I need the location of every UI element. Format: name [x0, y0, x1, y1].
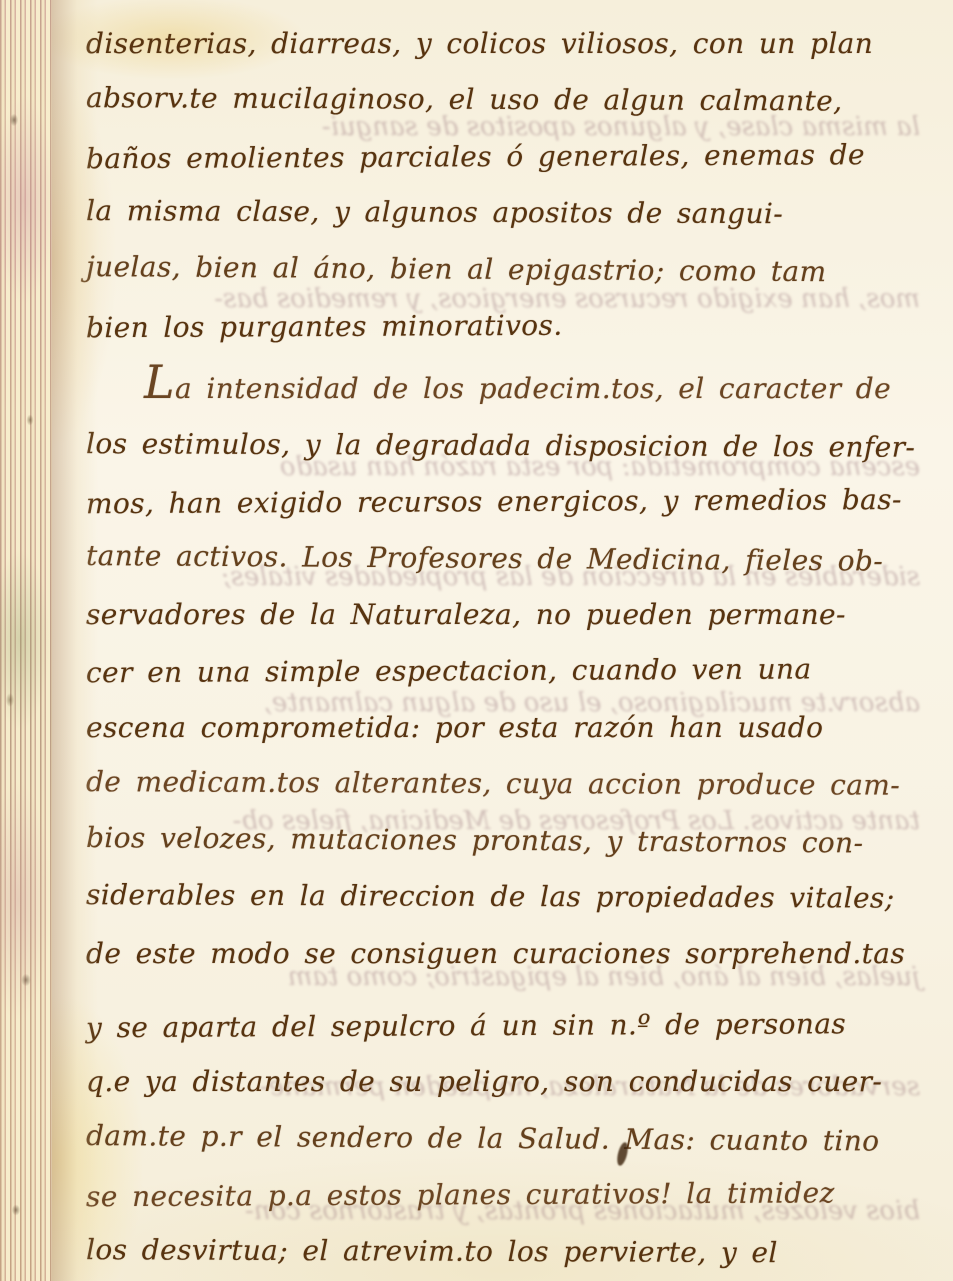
manuscript-line-14: de medicam.tos alterantes, cuya accion p…	[86, 754, 943, 814]
book-binding-edge	[0, 0, 52, 1281]
manuscript-line-22: los desvirtua; el atrevim.to los pervier…	[86, 1222, 943, 1281]
manuscript-line-19: q.e ya distantes de su peligro, son cond…	[86, 1054, 943, 1110]
manuscript-line-16: siderables en la direccion de las propie…	[86, 867, 943, 927]
manuscript-line-21: se necesita p.a estos planes curativos! …	[86, 1165, 943, 1226]
manuscript-line-18: y se aparta del sepulcro á un sin n.º de…	[86, 996, 943, 1057]
manuscript-text-block: disenterias, diarreas, y colicos vilioso…	[86, 16, 943, 1280]
manuscript-line-11: servadores de la Naturaleza, no pueden p…	[86, 587, 943, 643]
manuscript-line-1: disenterias, diarreas, y colicos vilioso…	[86, 16, 943, 72]
manuscript-line-9: mos, han exigido recursos energicos, y r…	[86, 472, 943, 533]
manuscript-line-4: la misma clase, y algunos apositos de sa…	[86, 183, 943, 243]
manuscript-line-2: absorv.te mucilaginoso, el uso de algun …	[86, 71, 943, 131]
manuscript-line-8: los estimulos, y la degradada disposicio…	[86, 416, 943, 476]
manuscript-line-15: bios velozes, mutaciones prontas, y tras…	[86, 810, 943, 872]
manuscript-line-7: La intensidad de los padecim.tos, el car…	[86, 354, 943, 417]
manuscript-line-3: baños emolientes parciales ó generales, …	[86, 127, 943, 188]
manuscript-line-20: dam.te p.r el sendero de la Salud. Mas: …	[86, 1108, 943, 1170]
manuscript-line-10: tante activos. Los Profesores de Medicin…	[86, 528, 943, 590]
manuscript-line-13: escena comprometida: por esta razón han …	[86, 700, 943, 756]
manuscript-page-scan: la misma clase, y algunos apositos de sa…	[0, 0, 953, 1281]
manuscript-line-17: de este modo se consiguen curaciones sor…	[86, 926, 943, 982]
manuscript-line-5: juelas, bien al áno, bien al epigastrio;…	[86, 239, 943, 301]
manuscript-line-12: cer en una simple espectacion, cuando ve…	[86, 641, 943, 702]
manuscript-line-6: bien los purgantes minorativos.	[86, 296, 943, 357]
binding-gutter-shadow	[52, 0, 98, 1281]
